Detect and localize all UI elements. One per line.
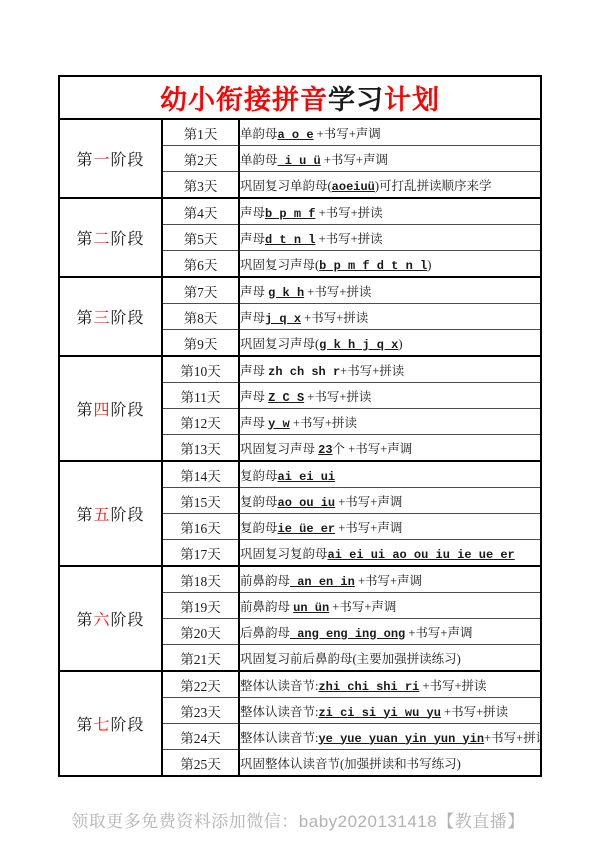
stage-suffix: 阶段 — [111, 402, 145, 419]
content-text: 巩固整体认读音节(加强拼读和书写练习) — [240, 757, 461, 771]
content-text: 巩固复习声母( — [240, 337, 319, 351]
stage-number: 五 — [93, 507, 110, 524]
stage-prefix: 第 — [76, 507, 93, 524]
pinyin-text: j q x — [265, 312, 301, 326]
content-text: +书写+拼读 — [301, 311, 368, 325]
content-cell: 巩固复习声母(b p m f d t n l) — [239, 251, 541, 278]
table-row: 第二阶段第4天声母b p m f +书写+拼读 — [59, 198, 541, 225]
stage-number: 三 — [93, 310, 110, 327]
content-text: 声母 — [240, 416, 268, 430]
content-text: 前鼻韵母 — [240, 600, 293, 614]
stage-suffix: 阶段 — [111, 152, 145, 169]
pinyin-text: un ün — [293, 601, 329, 615]
stage-suffix: 阶段 — [111, 231, 145, 248]
title-segment: 幼小衔接拼音 — [160, 85, 328, 115]
content-text: 巩固复习复韵母 — [240, 547, 328, 561]
content-text: +书写+拼读 — [290, 416, 357, 430]
content-cell: 巩固复习单韵母(aoeiuü)可打乱拼读顺序来学 — [239, 172, 541, 199]
content-text: 前鼻韵母 — [240, 574, 290, 588]
pinyin-text: an en in — [290, 575, 355, 589]
stage-cell: 第七阶段 — [59, 671, 162, 776]
table-row: 第一阶段第1天单韵母a o e +书写+声调 — [59, 119, 541, 146]
content-cell: 声母 Z C S +书写+拼读 — [239, 383, 541, 409]
day-cell: 第22天 — [162, 671, 239, 698]
day-cell: 第5天 — [162, 225, 239, 251]
content-cell: 复韵母ao ou iu +书写+声调 — [239, 488, 541, 514]
content-cell: 复韵母ai ei ui — [239, 461, 541, 488]
stage-number: 六 — [93, 612, 110, 629]
content-text: +书写+拼读 — [315, 232, 382, 246]
stage-number: 一 — [93, 152, 110, 169]
stage-number: 七 — [93, 717, 110, 734]
day-cell: 第4天 — [162, 198, 239, 225]
stage-cell: 第六阶段 — [59, 566, 162, 671]
stage-cell: 第三阶段 — [59, 277, 162, 356]
content-text: 单韵母 — [240, 153, 278, 167]
title-segment: 学习 — [328, 85, 384, 115]
content-text: 整体认读音节: — [240, 731, 318, 745]
pinyin-text: d t n l — [265, 233, 315, 247]
day-cell: 第12天 — [162, 409, 239, 435]
content-text: +书写+拼读 — [340, 364, 404, 378]
content-cell: 前鼻韵母 an en in +书写+声调 — [239, 566, 541, 593]
content-text: +书写+拼读 — [441, 705, 508, 719]
stage-suffix: 阶段 — [111, 507, 145, 524]
stage-prefix: 第 — [76, 612, 93, 629]
pinyin-text: zh ch sh r — [268, 365, 340, 379]
stage-cell: 第五阶段 — [59, 461, 162, 566]
content-text: +书写+拼读 — [484, 731, 541, 745]
content-text: 复韵母 — [240, 521, 278, 535]
day-cell: 第6天 — [162, 251, 239, 278]
stage-prefix: 第 — [76, 402, 93, 419]
content-text: +书写+声调 — [405, 626, 472, 640]
content-cell: 声母 zh ch sh r+书写+拼读 — [239, 356, 541, 383]
day-cell: 第25天 — [162, 750, 239, 777]
day-cell: 第7天 — [162, 277, 239, 304]
page-title: 幼小衔接拼音学习计划 — [59, 76, 541, 119]
content-text: 声母 — [240, 311, 265, 325]
stage-prefix: 第 — [76, 231, 93, 248]
content-cell: 后鼻韵母 ang eng ing ong +书写+声调 — [239, 619, 541, 645]
pinyin-text: zhi chi shi ri — [318, 680, 419, 694]
content-text: ) — [398, 337, 402, 351]
content-text: 声母 — [240, 232, 265, 246]
day-cell: 第20天 — [162, 619, 239, 645]
pinyin-text: aoeiuü — [332, 180, 375, 194]
title-segment: 计划 — [384, 85, 440, 115]
pinyin-text: y w — [268, 417, 290, 431]
day-cell: 第11天 — [162, 383, 239, 409]
pinyin-text: ang eng ing ong — [290, 627, 405, 641]
pinyin-text: zi ci si yi wu yu — [318, 706, 440, 720]
content-cell: 声母d t n l +书写+拼读 — [239, 225, 541, 251]
content-text: +书写+声调 — [335, 495, 402, 509]
content-cell: 声母 g k h +书写+拼读 — [239, 277, 541, 304]
day-cell: 第24天 — [162, 724, 239, 750]
table-row: 第四阶段第10天声母 zh ch sh r+书写+拼读 — [59, 356, 541, 383]
content-cell: 巩固复习复韵母ai ei ui ao ou iu ie ue er — [239, 540, 541, 567]
day-cell: 第21天 — [162, 645, 239, 672]
day-cell: 第2天 — [162, 146, 239, 172]
footer-text: 领取更多免费资料添加微信：baby2020131418【教直播】 — [71, 812, 524, 831]
stage-suffix: 阶段 — [111, 612, 145, 629]
pinyin-text: ie üe er — [278, 522, 336, 536]
content-cell: 巩固复习声母(g k h j q x) — [239, 330, 541, 357]
day-cell: 第23天 — [162, 698, 239, 724]
content-cell: 巩固整体认读音节(加强拼读和书写练习) — [239, 750, 541, 777]
pinyin-text: b p m f — [265, 207, 315, 221]
content-text: +书写+声调 — [355, 574, 422, 588]
pinyin-text: g k h — [268, 286, 304, 300]
content-text: 复韵母 — [240, 495, 278, 509]
content-text: 声母 — [240, 285, 268, 299]
content-cell: 巩固复习前后鼻韵母(主要加强拼读练习) — [239, 645, 541, 672]
table-row: 第五阶段第14天复韵母ai ei ui — [59, 461, 541, 488]
content-text: ) — [427, 258, 431, 272]
content-cell: 整体认读音节:zhi chi shi ri +书写+拼读 — [239, 671, 541, 698]
content-text: 巩固复习单韵母( — [240, 179, 332, 193]
content-text: +书写+拼读 — [304, 390, 371, 404]
content-cell: 巩固复习声母 23个 +书写+声调 — [239, 435, 541, 462]
content-cell: 单韵母 i u ü +书写+声调 — [239, 146, 541, 172]
content-text: 整体认读音节: — [240, 705, 318, 719]
stage-suffix: 阶段 — [111, 717, 145, 734]
day-cell: 第14天 — [162, 461, 239, 488]
day-cell: 第8天 — [162, 304, 239, 330]
pinyin-text: g k h j q x — [319, 338, 398, 352]
day-cell: 第18天 — [162, 566, 239, 593]
day-cell: 第15天 — [162, 488, 239, 514]
stage-cell: 第四阶段 — [59, 356, 162, 461]
pinyin-text: a o e — [278, 128, 314, 142]
day-cell: 第17天 — [162, 540, 239, 567]
content-text: 复韵母 — [240, 469, 278, 483]
content-cell: 整体认读音节:zi ci si yi wu yu +书写+拼读 — [239, 698, 541, 724]
day-cell: 第13天 — [162, 435, 239, 462]
content-text: 单韵母 — [240, 127, 278, 141]
pinyin-study-plan-table: 幼小衔接拼音学习计划第一阶段第1天单韵母a o e +书写+声调第2天单韵母 i… — [58, 75, 542, 777]
content-cell: 整体认读音节:ye yue yuan yin yun yin+书写+拼读 — [239, 724, 541, 750]
pinyin-text: b p m f d t n l — [319, 259, 427, 273]
content-text: +书写+声调 — [314, 127, 381, 141]
day-cell: 第10天 — [162, 356, 239, 383]
content-text: 巩固复习声母( — [240, 258, 319, 272]
stage-prefix: 第 — [76, 717, 93, 734]
table-row: 第三阶段第7天声母 g k h +书写+拼读 — [59, 277, 541, 304]
content-text: +书写+声调 — [329, 600, 396, 614]
day-cell: 第16天 — [162, 514, 239, 540]
content-text: 声母 — [240, 364, 268, 378]
table-row: 第七阶段第22天整体认读音节:zhi chi shi ri +书写+拼读 — [59, 671, 541, 698]
content-text: )可打乱拼读顺序来学 — [375, 179, 492, 193]
content-cell: 前鼻韵母 un ün +书写+声调 — [239, 593, 541, 619]
content-cell: 声母j q x +书写+拼读 — [239, 304, 541, 330]
content-text: +书写+声调 — [335, 521, 402, 535]
document-page: 幼小衔接拼音学习计划第一阶段第1天单韵母a o e +书写+声调第2天单韵母 i… — [0, 0, 596, 842]
footer-watermark: 领取更多免费资料添加微信：baby2020131418【教直播】 — [0, 807, 596, 832]
stage-number: 二 — [93, 231, 110, 248]
content-text: +书写+拼读 — [315, 206, 382, 220]
content-text: 整体认读音节: — [240, 679, 318, 693]
content-text: +书写+拼读 — [304, 285, 371, 299]
day-cell: 第19天 — [162, 593, 239, 619]
pinyin-text: Z C S — [268, 391, 304, 405]
table-row: 第六阶段第18天前鼻韵母 an en in +书写+声调 — [59, 566, 541, 593]
content-text: +书写+声调 — [321, 153, 388, 167]
stage-prefix: 第 — [76, 152, 93, 169]
title-row: 幼小衔接拼音学习计划 — [59, 76, 541, 119]
pinyin-text: ai ei ui ao ou iu ie ue er — [328, 548, 515, 562]
day-cell: 第1天 — [162, 119, 239, 146]
pinyin-text: ai ei ui — [278, 470, 336, 484]
content-text: 声母 — [240, 206, 265, 220]
content-text: 后鼻韵母 — [240, 626, 290, 640]
pinyin-text: ao ou iu — [278, 496, 336, 510]
pinyin-text: i u ü — [278, 154, 321, 168]
content-text: 声母 — [240, 390, 268, 404]
content-text: 巩固复习前后鼻韵母(主要加强拼读练习) — [240, 652, 461, 666]
pinyin-text: 23 — [318, 443, 332, 457]
pinyin-text: ye yue yuan yin yun yin — [318, 732, 484, 746]
stage-cell: 第二阶段 — [59, 198, 162, 277]
content-text: 个 +书写+声调 — [333, 442, 413, 456]
stage-prefix: 第 — [76, 310, 93, 327]
content-cell: 声母b p m f +书写+拼读 — [239, 198, 541, 225]
content-text: +书写+拼读 — [419, 679, 486, 693]
day-cell: 第3天 — [162, 172, 239, 199]
content-cell: 单韵母a o e +书写+声调 — [239, 119, 541, 146]
stage-cell: 第一阶段 — [59, 119, 162, 198]
content-cell: 复韵母ie üe er +书写+声调 — [239, 514, 541, 540]
content-cell: 声母 y w +书写+拼读 — [239, 409, 541, 435]
content-text: 巩固复习声母 — [240, 442, 318, 456]
stage-number: 四 — [93, 402, 110, 419]
day-cell: 第9天 — [162, 330, 239, 357]
stage-suffix: 阶段 — [111, 310, 145, 327]
